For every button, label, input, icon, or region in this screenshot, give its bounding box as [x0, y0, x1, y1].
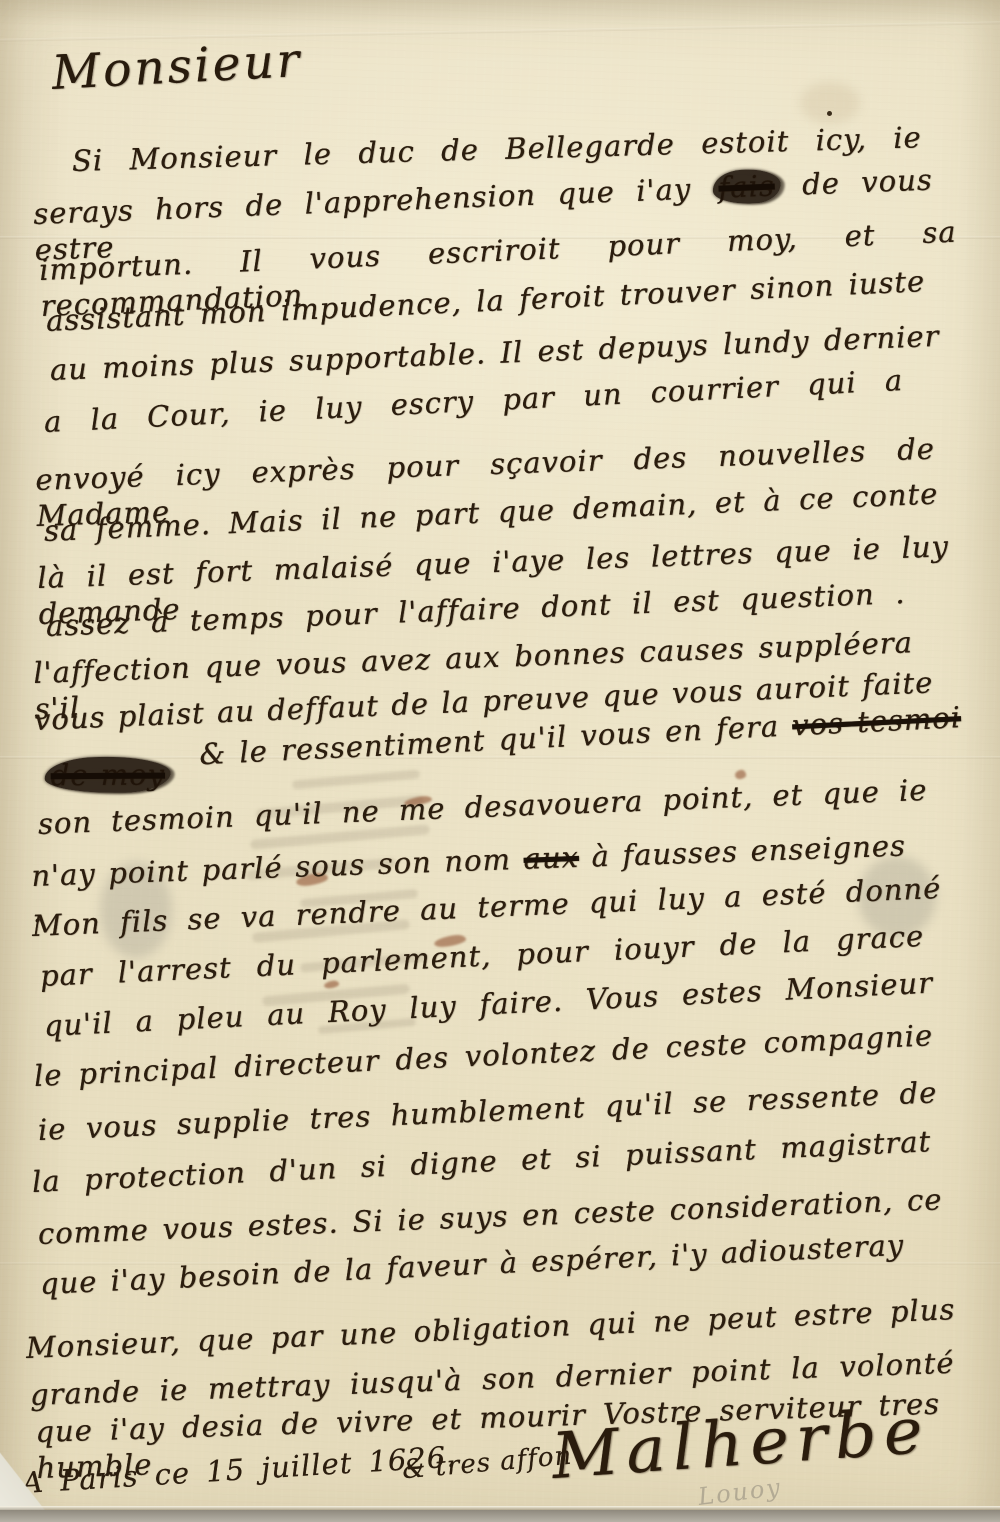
ink-blot-text: de moy [45, 757, 171, 794]
ink-fleck [827, 111, 832, 116]
rust-stain [324, 980, 340, 989]
fold-crease [0, 21, 1000, 41]
struck-text: vos tesmoi [791, 700, 961, 742]
line-text: serays hors de l'apprehension que i'ay [33, 171, 714, 231]
letter-page: Monsieur Si Monsieur le duc de Bellegard… [0, 0, 1000, 1522]
ink-blot-text: fais [712, 168, 781, 205]
salutation: Monsieur [51, 33, 304, 101]
verso-showthrough [292, 769, 420, 789]
line-text: n'ay point parlé sous son nom [31, 842, 524, 893]
smudge-stain [800, 82, 860, 124]
struck-text: aux [523, 840, 579, 876]
scan-edge-bottom [0, 1510, 1000, 1522]
